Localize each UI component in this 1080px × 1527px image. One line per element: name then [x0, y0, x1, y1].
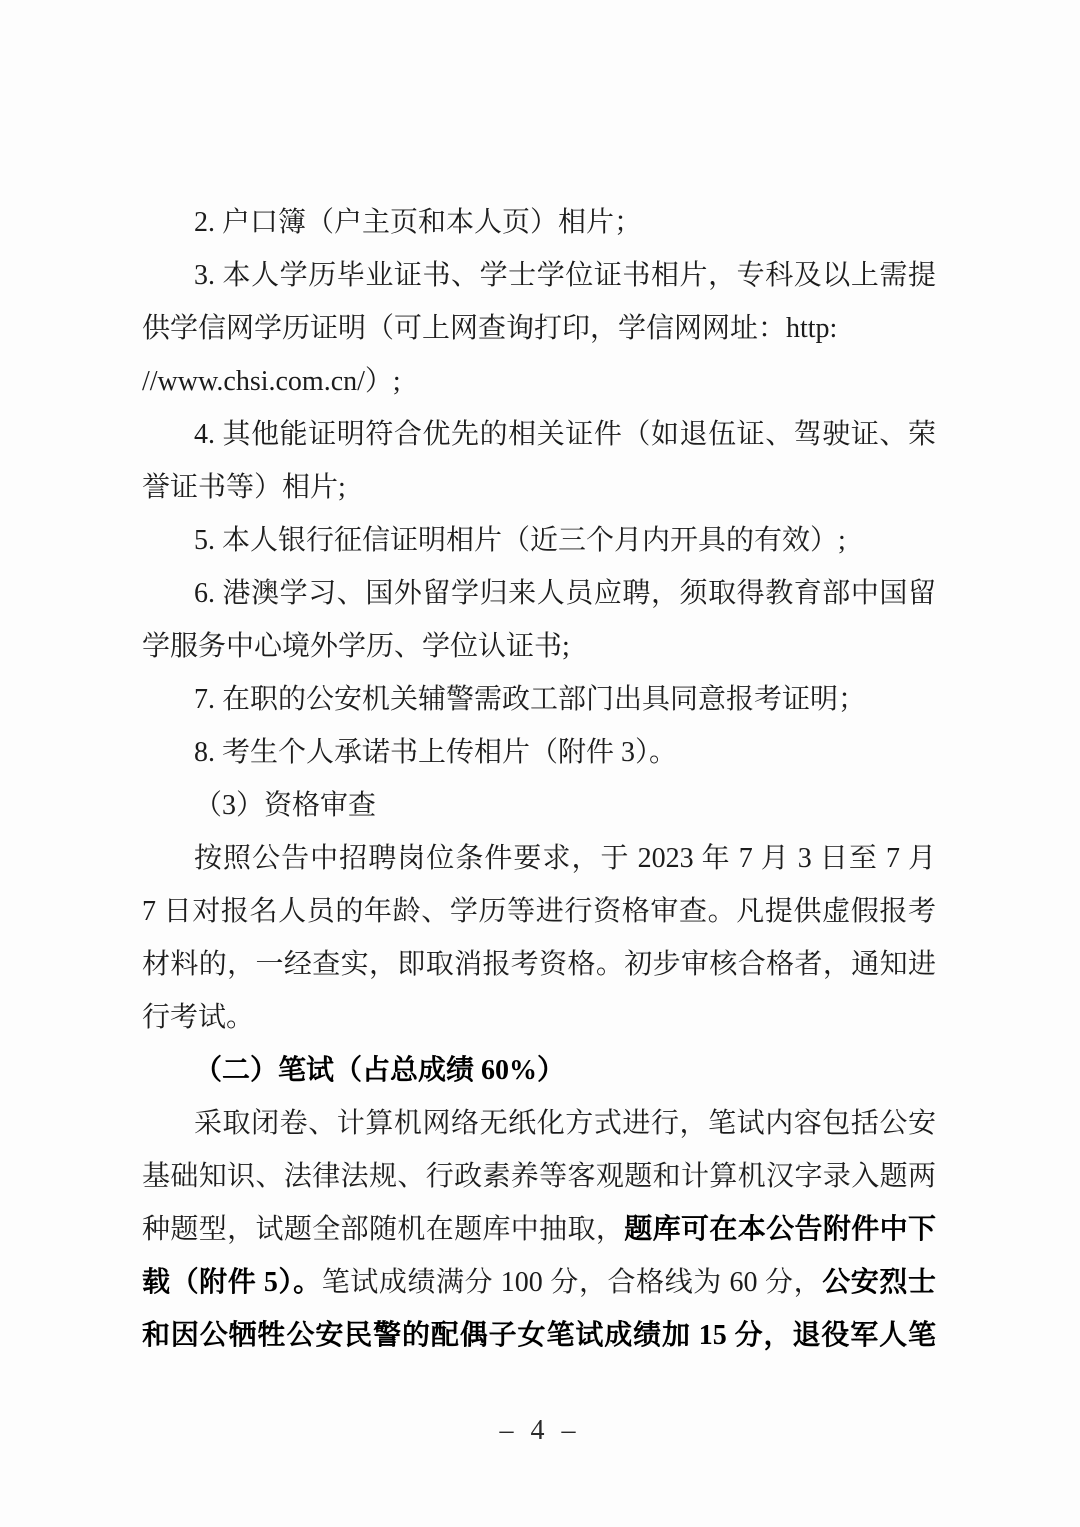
- text-segment: 和因公牺牲公安民警的配偶子女笔试成绩加 15 分，退役军人笔: [142, 1320, 936, 1351]
- text-segment: 3. 本人学历毕业证书、学士学位证书相片，专科及以上需提: [194, 260, 936, 291]
- text-line: //www.chsi.com.cn/）;: [142, 355, 936, 408]
- page-footer: – 4 –: [0, 1415, 1080, 1447]
- text-segment: 7. 在职的公安机关辅警需政工部门出具同意报考证明；: [194, 684, 866, 715]
- text-segment: 5. 本人银行征信证明相片（近三个月内开具的有效）;: [194, 525, 846, 556]
- text-line: 材料的，一经查实，即取消报考资格。初步审核合格者，通知进: [142, 938, 936, 991]
- text-segment: 公安烈士: [822, 1267, 936, 1298]
- text-line: 7. 在职的公安机关辅警需政工部门出具同意报考证明；: [142, 673, 936, 726]
- text-line: （二）笔试（占总成绩 60%）: [142, 1044, 936, 1097]
- text-line: （3）资格审查: [142, 779, 936, 832]
- text-segment: 行考试。: [142, 1002, 254, 1033]
- text-segment: （3）资格审查: [194, 790, 376, 821]
- text-segment: 4. 其他能证明符合优先的相关证件（如退伍证、驾驶证、荣: [194, 419, 936, 450]
- text-segment: 7 日对报名人员的年龄、学历等进行资格审查。凡提供虚假报考: [142, 896, 936, 927]
- text-line: 种题型，试题全部随机在题库中抽取，题库可在本公告附件中下: [142, 1203, 936, 1256]
- text-line: 学服务中心境外学历、学位认证书;: [142, 620, 936, 673]
- text-line: 基础知识、法律法规、行政素养等客观题和计算机汉字录入题两: [142, 1150, 936, 1203]
- text-segment: 种题型，试题全部随机在题库中抽取，: [142, 1214, 624, 1245]
- text-line: 誉证书等）相片;: [142, 461, 936, 514]
- text-segment: 载（附件 5）。: [142, 1267, 322, 1298]
- text-segment: 采取闭卷、计算机网络无纸化方式进行，笔试内容包括公安: [194, 1108, 936, 1139]
- text-segment: 基础知识、法律法规、行政素养等客观题和计算机汉字录入题两: [142, 1161, 936, 1192]
- page-number: – 4 –: [500, 1415, 581, 1446]
- text-segment: 誉证书等）相片;: [142, 472, 346, 503]
- text-line: 载（附件 5）。笔试成绩满分 100 分，合格线为 60 分，公安烈士: [142, 1256, 936, 1309]
- text-segment: 材料的，一经查实，即取消报考资格。初步审核合格者，通知进: [142, 949, 936, 980]
- text-line: 8. 考生个人承诺书上传相片（附件 3）。: [142, 726, 936, 779]
- text-segment: 供学信网学历证明（可上网查询打印，学信网网址：http:: [142, 313, 837, 344]
- document-text-block: 2. 户口簿（户主页和本人页）相片；3. 本人学历毕业证书、学士学位证书相片，专…: [142, 196, 936, 1362]
- text-line: 7 日对报名人员的年龄、学历等进行资格审查。凡提供虚假报考: [142, 885, 936, 938]
- text-line: 2. 户口簿（户主页和本人页）相片；: [142, 196, 936, 249]
- text-segment: 笔试成绩满分 100 分，合格线为 60 分，: [322, 1267, 823, 1298]
- text-segment: （二）笔试（占总成绩 60%）: [194, 1055, 565, 1086]
- document-page: 2. 户口簿（户主页和本人页）相片；3. 本人学历毕业证书、学士学位证书相片，专…: [0, 0, 1080, 1527]
- text-line: 5. 本人银行征信证明相片（近三个月内开具的有效）;: [142, 514, 936, 567]
- text-line: 采取闭卷、计算机网络无纸化方式进行，笔试内容包括公安: [142, 1097, 936, 1150]
- text-line: 行考试。: [142, 991, 936, 1044]
- text-segment: 2. 户口簿（户主页和本人页）相片；: [194, 207, 642, 238]
- text-segment: 按照公告中招聘岗位条件要求，于 2023 年 7 月 3 日至 7 月: [194, 843, 936, 874]
- text-line: 供学信网学历证明（可上网查询打印，学信网网址：http:: [142, 302, 936, 355]
- text-line: 6. 港澳学习、国外留学归来人员应聘，须取得教育部中国留: [142, 567, 936, 620]
- text-line: 和因公牺牲公安民警的配偶子女笔试成绩加 15 分，退役军人笔: [142, 1309, 936, 1362]
- text-line: 3. 本人学历毕业证书、学士学位证书相片，专科及以上需提: [142, 249, 936, 302]
- text-segment: 题库可在本公告附件中下: [624, 1214, 936, 1245]
- text-segment: 6. 港澳学习、国外留学归来人员应聘，须取得教育部中国留: [194, 578, 936, 609]
- text-segment: 8. 考生个人承诺书上传相片（附件 3）。: [194, 737, 677, 768]
- text-segment: //www.chsi.com.cn/）;: [142, 366, 401, 397]
- text-segment: 学服务中心境外学历、学位认证书;: [142, 631, 570, 662]
- text-line: 4. 其他能证明符合优先的相关证件（如退伍证、驾驶证、荣: [142, 408, 936, 461]
- text-line: 按照公告中招聘岗位条件要求，于 2023 年 7 月 3 日至 7 月: [142, 832, 936, 885]
